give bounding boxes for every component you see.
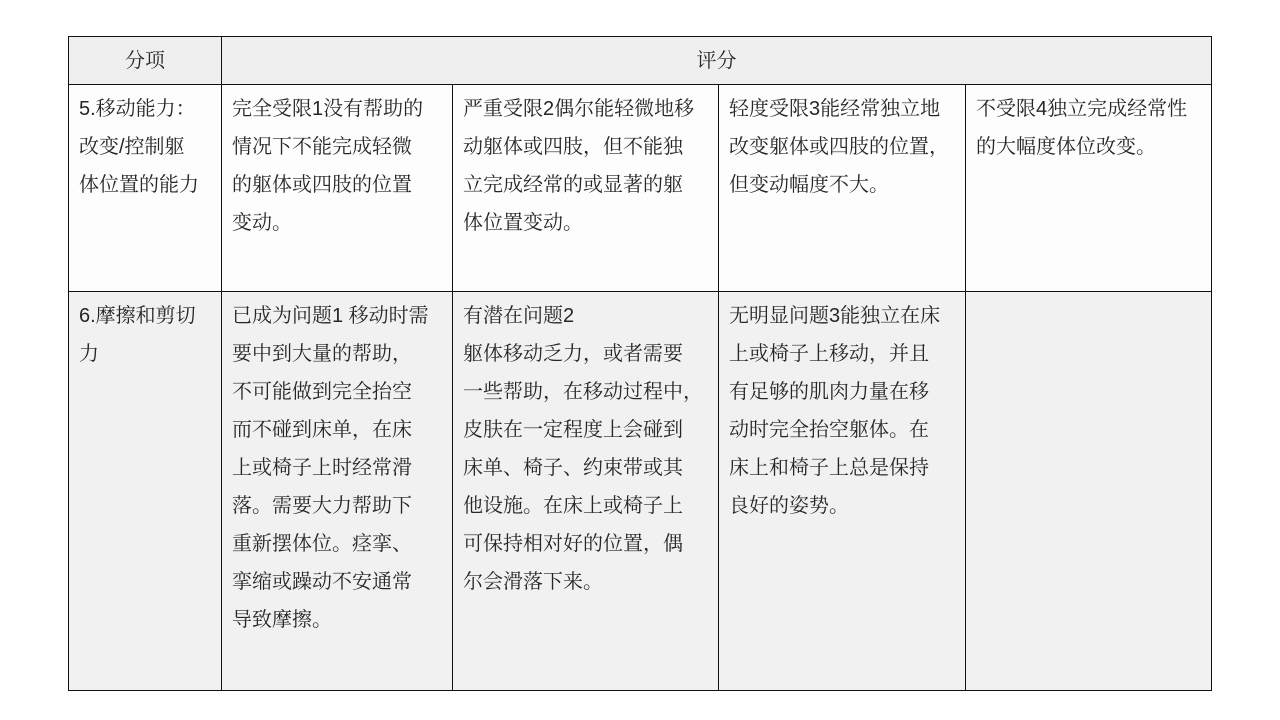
score-cell-mobility-2: 严重受限2偶尔能轻微地移 动躯体或四肢，但不能独 立完成经常的或显著的躯 体位置… bbox=[453, 85, 719, 292]
score-cell-friction-4-empty bbox=[966, 292, 1212, 691]
header-cell-item: 分项 bbox=[69, 37, 222, 85]
braden-scale-table: 分项 评分 5.移动能力： 改变/控制躯 体位置的能力 完全受限1没有帮助的 情… bbox=[68, 36, 1212, 691]
table-row-mobility: 5.移动能力： 改变/控制躯 体位置的能力 完全受限1没有帮助的 情况下不能完成… bbox=[69, 85, 1212, 292]
score-cell-friction-1: 已成为问题1 移动时需 要中到大量的帮助， 不可能做到完全抬空 而不碰到床单，在… bbox=[222, 292, 453, 691]
table-header-row: 分项 评分 bbox=[69, 37, 1212, 85]
item-cell-friction-shear: 6.摩擦和剪切 力 bbox=[69, 292, 222, 691]
item-cell-mobility: 5.移动能力： 改变/控制躯 体位置的能力 bbox=[69, 85, 222, 292]
score-cell-mobility-3: 轻度受限3能经常独立地 改变躯体或四肢的位置， 但变动幅度不大。 bbox=[719, 85, 966, 292]
slide-canvas: 分项 评分 5.移动能力： 改变/控制躯 体位置的能力 完全受限1没有帮助的 情… bbox=[0, 0, 1280, 720]
score-cell-friction-3: 无明显问题3能独立在床 上或椅子上移动，并且 有足够的肌肉力量在移 动时完全抬空… bbox=[719, 292, 966, 691]
score-cell-mobility-4: 不受限4独立完成经常性 的大幅度体位改变。 bbox=[966, 85, 1212, 292]
table-row-friction-shear: 6.摩擦和剪切 力 已成为问题1 移动时需 要中到大量的帮助， 不可能做到完全抬… bbox=[69, 292, 1212, 691]
score-cell-friction-2: 有潜在问题2 躯体移动乏力，或者需要 一些帮助，在移动过程中， 皮肤在一定程度上… bbox=[453, 292, 719, 691]
score-cell-mobility-1: 完全受限1没有帮助的 情况下不能完成轻微 的躯体或四肢的位置 变动。 bbox=[222, 85, 453, 292]
header-cell-score: 评分 bbox=[222, 37, 1212, 85]
